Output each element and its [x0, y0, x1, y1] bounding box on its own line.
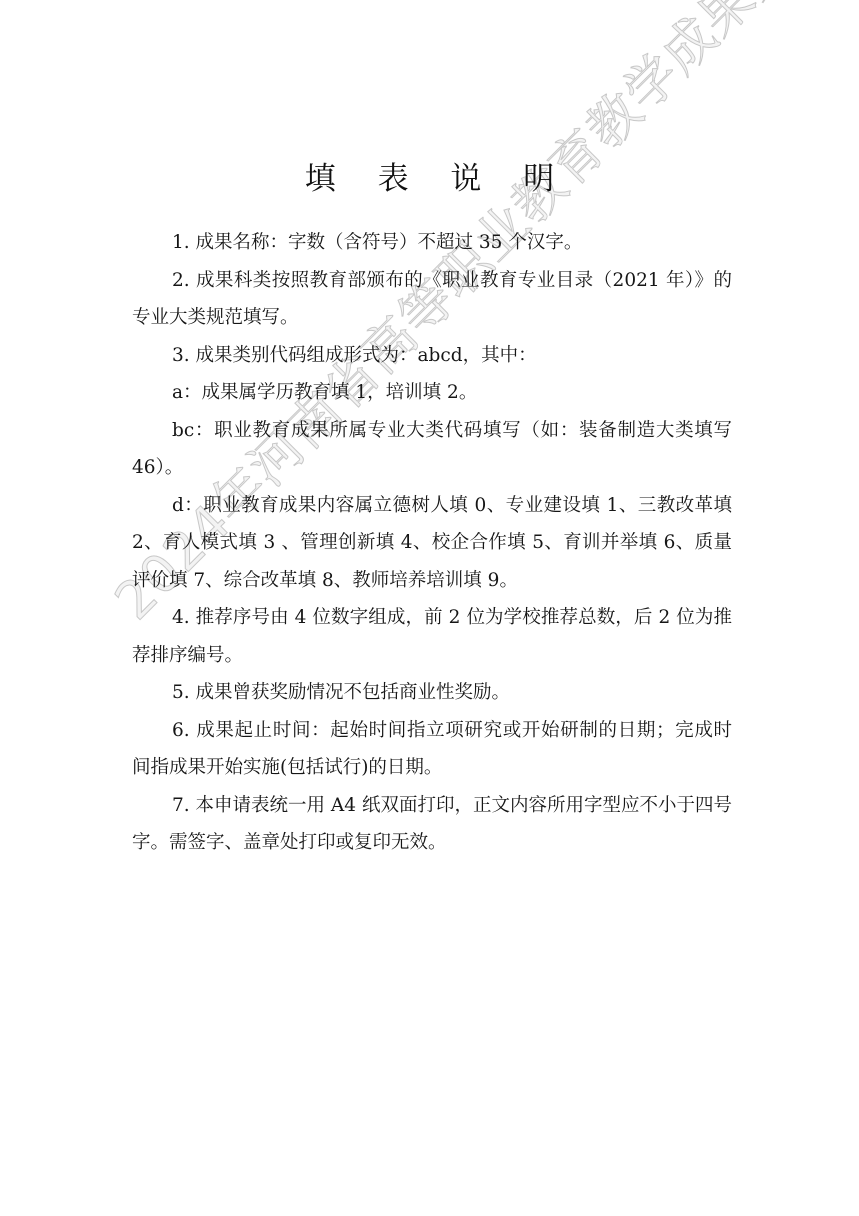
instruction-item-3d: d：职业教育成果内容属立德树人填 0、专业建设填 1、三教改革填 2、育人模式填… [132, 487, 732, 600]
instruction-item-6: 6. 成果起止时间：起始时间指立项研究或开始研制的日期；完成时间指成果开始实施(… [132, 712, 732, 787]
page-title: 填 表 说 明 [0, 153, 859, 198]
instruction-item-4: 4. 推荐序号由 4 位数字组成，前 2 位为学校推荐总数，后 2 位为推荐排序… [132, 599, 732, 674]
instruction-item-5: 5. 成果曾获奖励情况不包括商业性奖励。 [132, 674, 732, 712]
instruction-item-7: 7. 本申请表统一用 A4 纸双面打印，正文内容所用字型应不小于四号字。需签字、… [132, 787, 732, 862]
instruction-item-3: 3. 成果类别代码组成形式为：abcd，其中： [132, 337, 732, 375]
instruction-item-3bc: bc：职业教育成果所属专业大类代码填写（如：装备制造大类填写 46）。 [132, 412, 732, 487]
instruction-item-2: 2. 成果科类按照教育部颁布的《职业教育专业目录（2021 年）》的专业大类规范… [132, 262, 732, 337]
instruction-item-1: 1. 成果名称：字数（含符号）不超过 35 个汉字。 [132, 224, 732, 262]
document-page: 2024年河南省高等职业教育教学成果奖 2024年河南省高等职业教育教学成果奖 … [0, 0, 859, 1216]
instruction-item-3a: a：成果属学历教育填 1，培训填 2。 [132, 374, 732, 412]
instructions-body: 1. 成果名称：字数（含符号）不超过 35 个汉字。 2. 成果科类按照教育部颁… [132, 224, 732, 862]
